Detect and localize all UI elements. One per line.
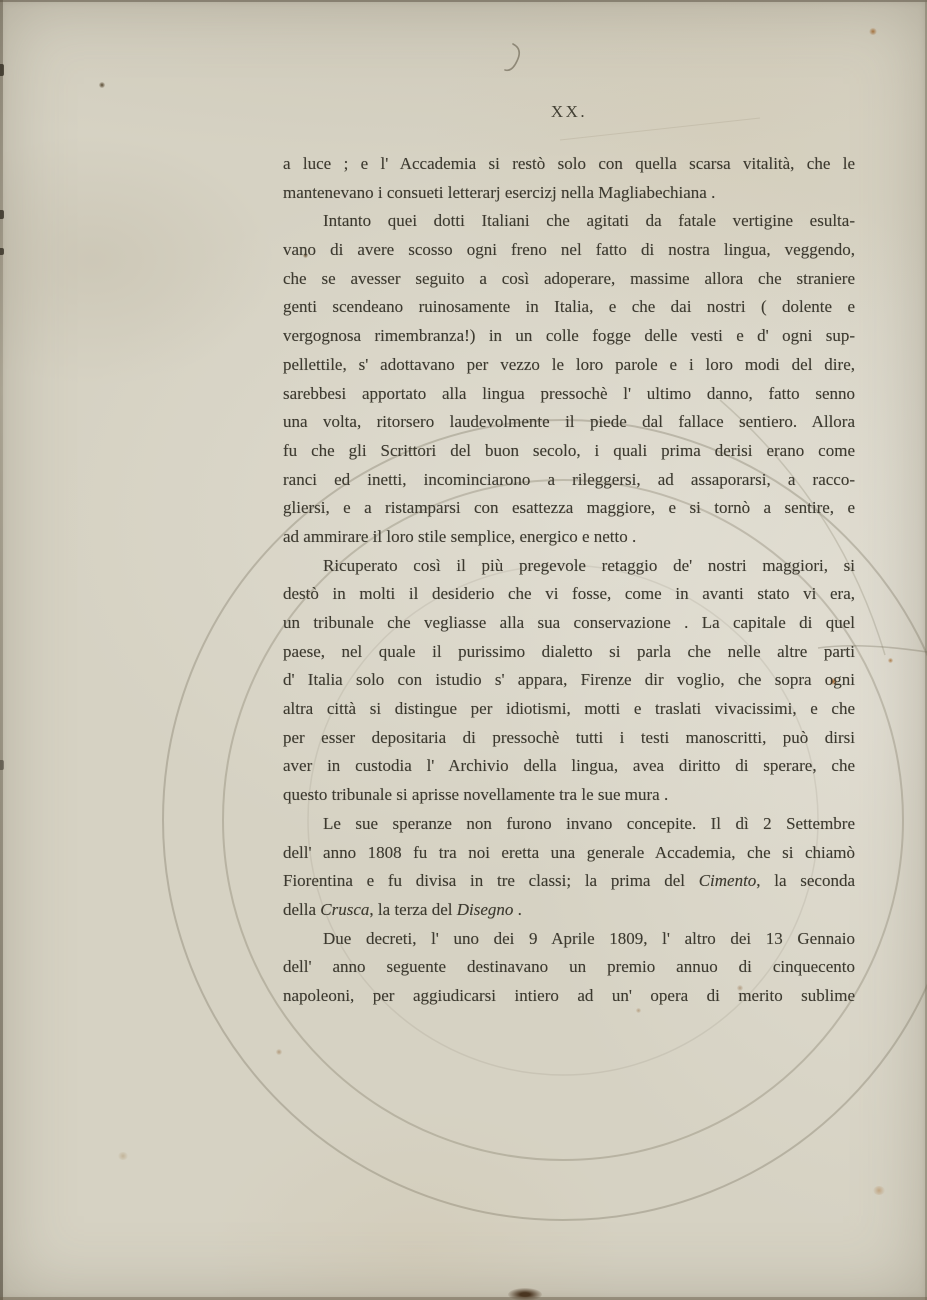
text-segment: ad ammirare il loro stile semplice, ener… (283, 527, 636, 546)
text-segment: sarebbesi apportato alla lingua pressoch… (283, 384, 855, 403)
text-line: della Crusca, la terza del Disegno . (283, 896, 855, 925)
paragraph: Intanto quei dotti Italiani che agitati … (283, 207, 855, 551)
text-line: questo tribunale si aprisse novellamente… (283, 781, 855, 810)
text-segment: Le sue speranze non furono invano concep… (323, 814, 855, 833)
text-line: Due decreti, l' uno dei 9 Aprile 1809, l… (283, 925, 855, 954)
text-line: Intanto quei dotti Italiani che agitati … (283, 207, 855, 236)
book-page: XX. a luce ; e l' Accademia si restò sol… (0, 0, 927, 1300)
text-line: napoleoni, per aggiudicarsi intiero ad u… (283, 982, 855, 1011)
text-line: pellettile, s' adottavano per vezzo le l… (283, 351, 855, 380)
text-line: una volta, ritorsero laudevolmente il pi… (283, 408, 855, 437)
foxing-spot (118, 1152, 128, 1160)
text-segment: dell' anno seguente destinavano un premi… (283, 957, 855, 976)
text-line: aver in custodia l' Archivio della lingu… (283, 752, 855, 781)
text-line: genti scendeano ruinosamente in Italia, … (283, 293, 855, 322)
text-segment: ranci ed inetti, incominciarono a rilegg… (283, 470, 855, 489)
text-segment: Crusca (320, 900, 369, 919)
edge-nick (0, 760, 4, 770)
text-segment: Cimento (699, 871, 757, 890)
text-segment: vano di avere scosso ogni freno nel fatt… (283, 240, 855, 259)
text-line: paese, nel quale il purissimo dialetto s… (283, 638, 855, 667)
page-text: a luce ; e l' Accademia si restò solo co… (283, 150, 855, 1011)
foxing-spot (276, 1049, 282, 1055)
text-segment: . (513, 900, 522, 919)
text-segment: Ricuperato così il più pregevole retaggi… (323, 556, 855, 575)
text-line: un tribunale che vegliasse alla sua cons… (283, 609, 855, 638)
text-line: vano di avere scosso ogni freno nel fatt… (283, 236, 855, 265)
text-segment: destò in molti il desiderio che vi fosse… (283, 584, 855, 603)
paragraph: Ricuperato così il più pregevole retaggi… (283, 552, 855, 810)
text-segment: che se avesser seguito a così adoperare,… (283, 269, 855, 288)
paragraph: Le sue speranze non furono invano concep… (283, 810, 855, 925)
text-segment: aver in custodia l' Archivio della lingu… (283, 756, 855, 775)
edge-nick (0, 248, 4, 255)
paragraph: Due decreti, l' uno dei 9 Aprile 1809, l… (283, 925, 855, 1011)
text-line: per esser depositaria di pressochè tutti… (283, 724, 855, 753)
text-segment: Fiorentina e fu divisa in tre classi; la… (283, 871, 699, 890)
text-line: dell' anno 1808 fu tra noi eretta una ge… (283, 839, 855, 868)
text-segment: per esser depositaria di pressochè tutti… (283, 728, 855, 747)
text-segment: Intanto quei dotti Italiani che agitati … (323, 211, 855, 230)
text-line: ad ammirare il loro stile semplice, ener… (283, 523, 855, 552)
foxing-spot (873, 1186, 885, 1195)
text-segment: , la terza del (369, 900, 456, 919)
text-segment: a luce ; e l' Accademia si restò solo co… (283, 154, 855, 173)
edge-nick (0, 210, 4, 219)
text-segment: , la seconda (756, 871, 855, 890)
foxing-spot (888, 658, 893, 663)
text-segment: mantenevano i consueti letterarj eserciz… (283, 183, 715, 202)
text-line: ranci ed inetti, incominciarono a rilegg… (283, 466, 855, 495)
foxing-spot (869, 28, 877, 35)
edge-nick (0, 64, 4, 76)
text-segment: una volta, ritorsero laudevolmente il pi… (283, 412, 855, 431)
text-line: destò in molti il desiderio che vi fosse… (283, 580, 855, 609)
text-segment: della (283, 900, 320, 919)
text-segment: questo tribunale si aprisse novellamente… (283, 785, 668, 804)
text-line: d' Italia solo con istudio s' appara, Fi… (283, 666, 855, 695)
paragraph: a luce ; e l' Accademia si restò solo co… (283, 150, 855, 207)
page-edge-left (0, 0, 3, 1300)
text-line: che se avesser seguito a così adoperare,… (283, 265, 855, 294)
text-segment: altra città si distingue per idiotismi, … (283, 699, 855, 718)
text-segment: paese, nel quale il purissimo dialetto s… (283, 642, 855, 661)
text-segment: napoleoni, per aggiudicarsi intiero ad u… (283, 986, 855, 1005)
text-segment: un tribunale che vegliasse alla sua cons… (283, 613, 855, 632)
foxing-spot (99, 82, 105, 88)
text-line: Fiorentina e fu divisa in tre classi; la… (283, 867, 855, 896)
text-line: gliersi, e a ristamparsi con esattezza m… (283, 494, 855, 523)
text-line: dell' anno seguente destinavano un premi… (283, 953, 855, 982)
text-line: sarebbesi apportato alla lingua pressoch… (283, 380, 855, 409)
text-segment: fu che gli Scrittori del buon secolo, i … (283, 441, 855, 460)
text-segment: genti scendeano ruinosamente in Italia, … (283, 297, 855, 316)
page-edge-top (0, 0, 927, 2)
text-line: fu che gli Scrittori del buon secolo, i … (283, 437, 855, 466)
text-segment: Due decreti, l' uno dei 9 Aprile 1809, l… (323, 929, 855, 948)
text-line: altra città si distingue per idiotismi, … (283, 695, 855, 724)
text-line: vergognosa rimembranza!) in un colle fog… (283, 322, 855, 351)
text-segment: pellettile, s' adottavano per vezzo le l… (283, 355, 855, 374)
text-line: Ricuperato così il più pregevole retaggi… (283, 552, 855, 581)
text-segment: vergognosa rimembranza!) in un colle fog… (283, 326, 855, 345)
text-line: a luce ; e l' Accademia si restò solo co… (283, 150, 855, 179)
text-segment: d' Italia solo con istudio s' appara, Fi… (283, 670, 855, 689)
text-segment: gliersi, e a ristamparsi con esattezza m… (283, 498, 855, 517)
text-line: Le sue speranze non furono invano concep… (283, 810, 855, 839)
text-segment: dell' anno 1808 fu tra noi eretta una ge… (283, 843, 855, 862)
text-segment: Disegno (457, 900, 514, 919)
ink-squiggle (505, 44, 519, 70)
text-line: mantenevano i consueti letterarj eserciz… (283, 179, 855, 208)
page-number: XX. (283, 102, 855, 122)
